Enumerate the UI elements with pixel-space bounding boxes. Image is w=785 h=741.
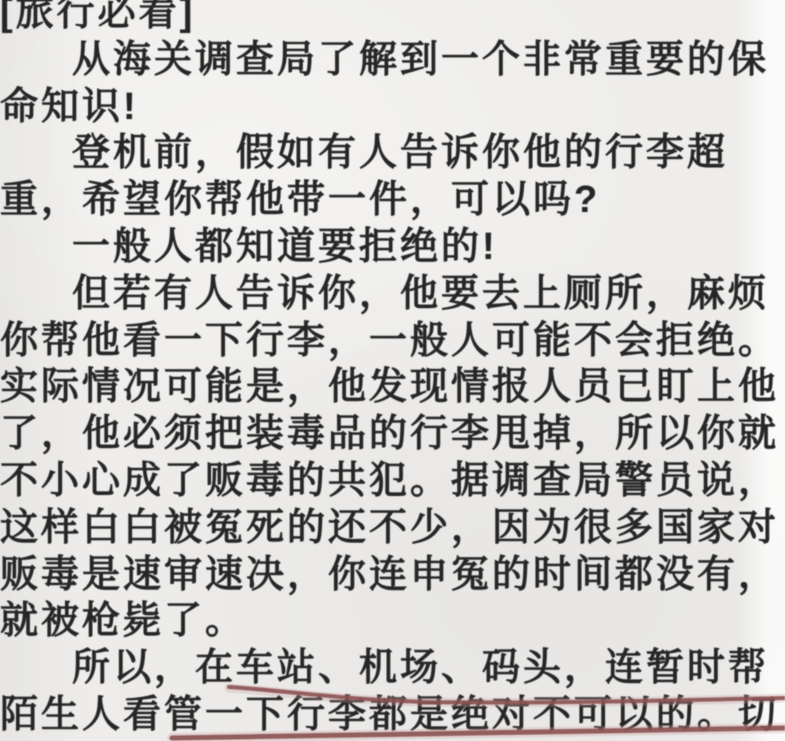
text-line: 所以，在车站、机场、码头，连暂时帮 <box>0 645 785 692</box>
text-line: 从海关调查局了解到一个非常重要的保 <box>0 37 785 84</box>
text-line: 重，希望你帮他带一件，可以吗? <box>0 177 785 224</box>
text-line: 了，他必须把装毒品的行李甩掉，所以你就 <box>0 411 785 458</box>
text-block: [旅行必看] 从海关调查局了解到一个非常重要的保 命知识! 登机前，假如有人告诉… <box>0 0 785 739</box>
text-line: 命知识! <box>0 84 785 131</box>
text-line: 你帮他看一下行李，一般人可能不会拒绝。 <box>0 318 785 365</box>
text-line: 就被枪毙了。 <box>0 598 785 645</box>
text-line: 陌生人看管一下行李都是绝对不可以的。切 <box>0 692 785 739</box>
text-line: 实际情况可能是，他发现情报人员已盯上他 <box>0 364 785 411</box>
text-line: 但若有人告诉你，他要去上厕所，麻烦 <box>0 271 785 318</box>
text-line: 一般人都知道要拒绝的! <box>0 224 785 271</box>
text-line: 不小心成了贩毒的共犯。据调查局警员说， <box>0 458 785 505</box>
photographed-text-page: [旅行必看] 从海关调查局了解到一个非常重要的保 命知识! 登机前，假如有人告诉… <box>0 0 785 741</box>
text-line: 这样白白被冤死的还不少，因为很多国家对 <box>0 505 785 552</box>
text-line: 登机前，假如有人告诉你他的行李超 <box>0 130 785 177</box>
text-line-title: [旅行必看] <box>0 0 785 37</box>
text-line: 贩毒是速审速决，你连申冤的时间都没有， <box>0 552 785 599</box>
